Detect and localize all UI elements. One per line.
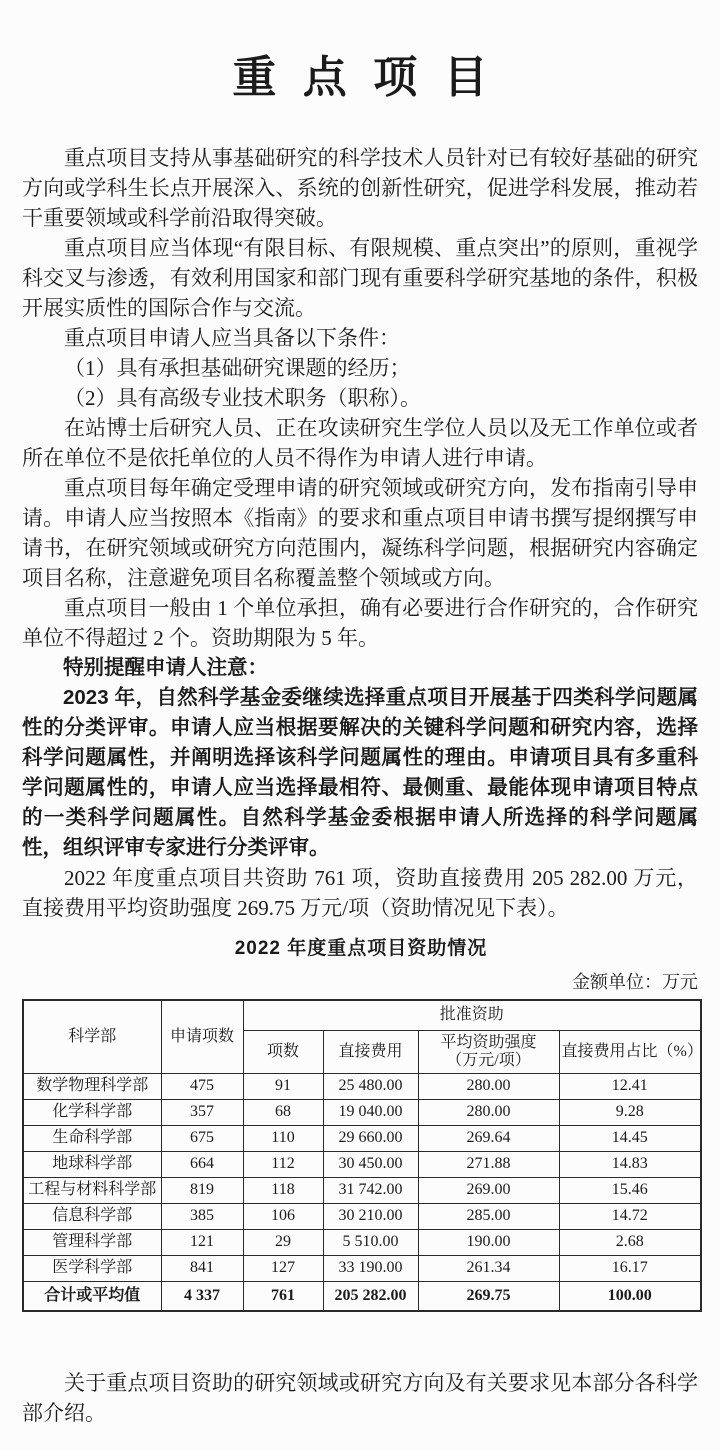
header-department: 科学部: [23, 1000, 161, 1074]
header-approved-group: 批准资助: [243, 1000, 701, 1031]
table-row: 医学科学部84112733 190.00261.3416.17: [23, 1256, 701, 1282]
cell-value: 5 510.00: [323, 1230, 418, 1256]
funding-table: 科学部 申请项数 批准资助 项数 直接费用 平均资助强度（万元/项） 直接费用占…: [22, 999, 702, 1312]
cell-value: 16.17: [559, 1256, 701, 1282]
cell-department: 合计或平均值: [23, 1282, 161, 1312]
cell-department: 信息科学部: [23, 1204, 161, 1230]
table-row: 化学科学部3576819 040.00280.009.28: [23, 1100, 701, 1126]
paragraph: 重点项目每年确定受理申请的研究领域或研究方向，发布指南引导申请。申请人应当按照本…: [22, 473, 698, 593]
cell-value: 68: [243, 1100, 323, 1126]
cell-value: 269.00: [418, 1178, 559, 1204]
cell-value: 30 210.00: [323, 1204, 418, 1230]
cell-value: 205 282.00: [323, 1282, 418, 1312]
cell-value: 280.00: [418, 1074, 559, 1100]
paragraph: （1）具有承担基础研究课题的经历；: [22, 353, 698, 383]
cell-value: 112: [243, 1152, 323, 1178]
table-unit-note: 金额单位：万元: [22, 968, 700, 994]
cell-department: 数学物理科学部: [23, 1074, 161, 1100]
cell-department: 管理科学部: [23, 1230, 161, 1256]
cell-department: 化学科学部: [23, 1100, 161, 1126]
cell-value: 2.68: [559, 1230, 701, 1256]
cell-department: 生命科学部: [23, 1126, 161, 1152]
paragraph: 2022 年度重点项目共资助 761 项，资助直接费用 205 282.00 万…: [22, 863, 698, 923]
cell-value: 841: [161, 1256, 243, 1282]
header-avg-intensity: 平均资助强度（万元/项）: [418, 1031, 559, 1074]
header-row-1: 科学部 申请项数 批准资助: [23, 1000, 701, 1031]
table-row: 管理科学部121295 510.00190.002.68: [23, 1230, 701, 1256]
paragraph: 重点项目应当体现“有限目标、有限规模、重点突出”的原则，重视学科交叉与渗透，有效…: [22, 233, 698, 323]
cell-value: 269.75: [418, 1282, 559, 1312]
cell-value: 25 480.00: [323, 1074, 418, 1100]
paragraph: （2）具有高级专业技术职务（职称）。: [22, 383, 698, 413]
cell-value: 127: [243, 1256, 323, 1282]
cell-value: 12.41: [559, 1074, 701, 1100]
cell-value: 357: [161, 1100, 243, 1126]
cell-value: 110: [243, 1126, 323, 1152]
cell-value: 14.83: [559, 1152, 701, 1178]
document-page: 重点项目 重点项目支持从事基础研究的科学技术人员针对已有较好基础的研究方向或学科…: [0, 0, 720, 1450]
header-avg-intensity-line1: 平均资助强度: [440, 1034, 536, 1051]
cell-value: 31 742.00: [323, 1178, 418, 1204]
table-title: 2022 年度重点项目资助情况: [22, 933, 700, 960]
header-count: 项数: [243, 1031, 323, 1074]
cell-value: 4 337: [161, 1282, 243, 1312]
cell-value: 14.72: [559, 1204, 701, 1230]
cell-value: 261.34: [418, 1256, 559, 1282]
cell-value: 190.00: [418, 1230, 559, 1256]
table-row: 数学物理科学部4759125 480.00280.0012.41: [23, 1074, 701, 1100]
paragraph: 重点项目支持从事基础研究的科学技术人员针对已有较好基础的研究方向或学科生长点开展…: [22, 143, 698, 233]
closing-paragraph: 关于重点项目资助的研究领域或研究方向及有关要求见本部分各科学部介绍。: [22, 1368, 698, 1428]
table-header: 科学部 申请项数 批准资助 项数 直接费用 平均资助强度（万元/项） 直接费用占…: [23, 1000, 701, 1074]
cell-value: 269.64: [418, 1126, 559, 1152]
cell-value: 819: [161, 1178, 243, 1204]
paragraph: 在站博士后研究人员、正在攻读研究生学位人员以及无工作单位或者所在单位不是依托单位…: [22, 413, 698, 473]
table-row: 地球科学部66411230 450.00271.8814.83: [23, 1152, 701, 1178]
cell-value: 91: [243, 1074, 323, 1100]
cell-value: 19 040.00: [323, 1100, 418, 1126]
cell-value: 271.88: [418, 1152, 559, 1178]
cell-value: 280.00: [418, 1100, 559, 1126]
cell-value: 761: [243, 1282, 323, 1312]
cell-value: 475: [161, 1074, 243, 1100]
paragraph-bold: 特别提醒申请人注意：: [22, 653, 698, 683]
cell-value: 385: [161, 1204, 243, 1230]
cell-value: 675: [161, 1126, 243, 1152]
table-row: 工程与材料科学部81911831 742.00269.0015.46: [23, 1178, 701, 1204]
cell-value: 118: [243, 1178, 323, 1204]
paragraph-bold: 2023 年，自然科学基金委继续选择重点项目开展基于四类科学问题属性的分类评审。…: [22, 683, 698, 863]
cell-value: 29 660.00: [323, 1126, 418, 1152]
cell-value: 15.46: [559, 1178, 701, 1204]
cell-value: 106: [243, 1204, 323, 1230]
header-applications: 申请项数: [161, 1000, 243, 1074]
paragraph: 重点项目申请人应当具备以下条件：: [22, 323, 698, 353]
cell-department: 工程与材料科学部: [23, 1178, 161, 1204]
table-row: 生命科学部67511029 660.00269.6414.45: [23, 1126, 701, 1152]
header-avg-intensity-line2: （万元/项）: [446, 1052, 530, 1069]
cell-department: 医学科学部: [23, 1256, 161, 1282]
cell-value: 121: [161, 1230, 243, 1256]
cell-value: 30 450.00: [323, 1152, 418, 1178]
header-cost-ratio: 直接费用占比（%）: [559, 1031, 701, 1074]
cell-value: 100.00: [559, 1282, 701, 1312]
paragraph: 重点项目一般由 1 个单位承担，确有必要进行合作研究的，合作研究单位不得超过 2…: [22, 593, 698, 653]
table-row: 信息科学部38510630 210.00285.0014.72: [23, 1204, 701, 1230]
cell-value: 664: [161, 1152, 243, 1178]
funding-table-section: 2022 年度重点项目资助情况 金额单位：万元 科学部 申请项数 批准资助 项数: [22, 933, 700, 1312]
header-direct-cost: 直接费用: [323, 1031, 418, 1074]
body-paragraphs: 重点项目支持从事基础研究的科学技术人员针对已有较好基础的研究方向或学科生长点开展…: [22, 143, 698, 923]
cell-department: 地球科学部: [23, 1152, 161, 1178]
cell-value: 14.45: [559, 1126, 701, 1152]
document-title: 重点项目: [0, 50, 720, 105]
table-body: 数学物理科学部4759125 480.00280.0012.41化学科学部357…: [23, 1074, 701, 1312]
cell-value: 9.28: [559, 1100, 701, 1126]
cell-value: 29: [243, 1230, 323, 1256]
table-total-row: 合计或平均值4 337761205 282.00269.75100.00: [23, 1282, 701, 1312]
cell-value: 285.00: [418, 1204, 559, 1230]
cell-value: 33 190.00: [323, 1256, 418, 1282]
